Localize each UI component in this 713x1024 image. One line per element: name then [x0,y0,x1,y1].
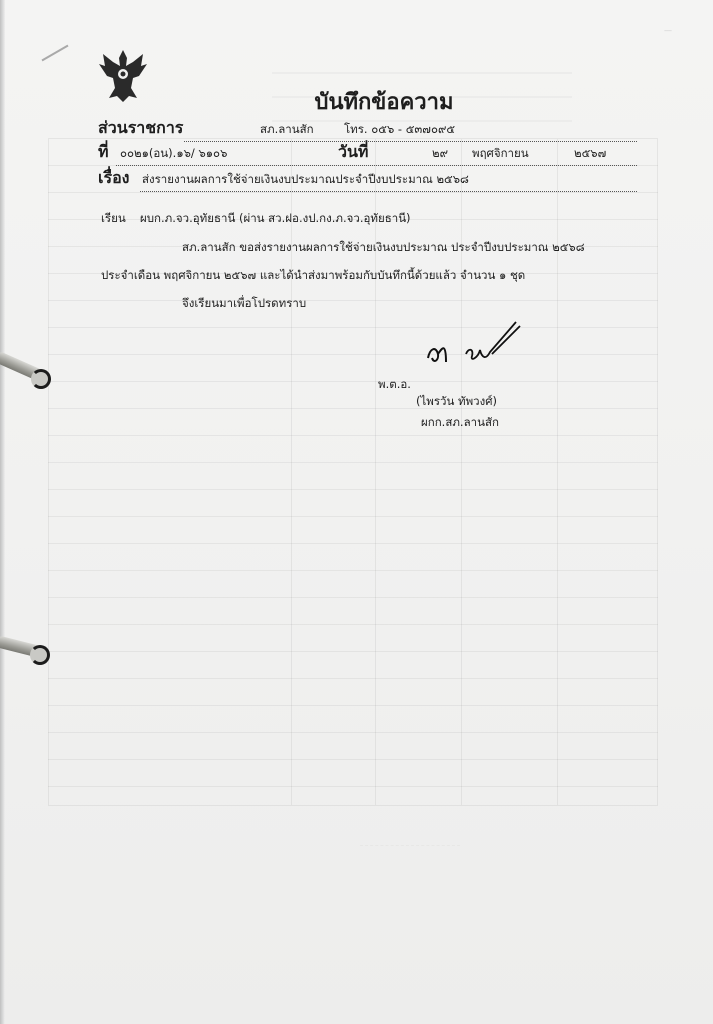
subject-row: เรื่อง ส่งรายงานผลการใช้จ่ายเงินงบประมาณ… [98,172,637,194]
body-paragraph-line-2: ประจำเดือน พฤศจิกายน ๒๕๖๗ และได้นำส่งมาพ… [101,267,525,285]
reference-label: ที่ [98,140,109,165]
salutation-value: ผบก.ภ.จว.อุทัยธานี (ผ่าน สว.ฝอ.งป.กง.ภ.จ… [140,210,411,228]
salutation-label: เรียน [101,210,126,228]
date-year: ๒๕๖๗ [574,145,606,163]
reference-row: ที่ ๐๐๒๑(อน).๑๖/ ๖๑๐๖ วันที่ ๒๙ พฤศจิกาย… [98,146,637,168]
signer-name: (ไพรวัน ทัพวงศ์) [416,393,497,411]
reference-number: ๐๐๒๑(อน).๑๖/ ๖๑๐๖ [120,145,227,163]
phone-number: โทร. ๐๕๖ - ๕๓๗๐๙๕ [344,121,455,139]
date-month: พฤศจิกายน [472,145,529,163]
body-paragraph-line-1: สภ.ลานสัก ขอส่งรายงานผลการใช้จ่ายเงินงบป… [182,239,585,257]
memo-page: — บันทึกข้อความ ส่วนราชการ สภ.ลานสัก โทร… [0,0,713,1024]
signer-position: ผกก.สภ.ลานสัก [421,414,499,432]
handwritten-signature [420,318,530,378]
show-through-signature [360,845,460,936]
subject-value: ส่งรายงานผลการใช้จ่ายเงินงบประมาณประจำปี… [142,171,469,189]
closing-line: จึงเรียนมาเพื่อโปรดทราบ [182,295,306,313]
department-value: สภ.ลานสัก [260,121,314,139]
memo-title: บันทึกข้อความ [0,84,713,119]
signer-rank: พ.ต.อ. [378,376,411,394]
department-label: ส่วนราชการ [98,116,183,141]
show-through-page-number: — [664,26,672,35]
subject-label: เรื่อง [98,166,129,191]
date-day: ๒๙ [432,145,448,163]
date-label: วันที่ [338,140,368,165]
page-edge [0,0,5,1024]
pencil-mark [42,45,69,62]
